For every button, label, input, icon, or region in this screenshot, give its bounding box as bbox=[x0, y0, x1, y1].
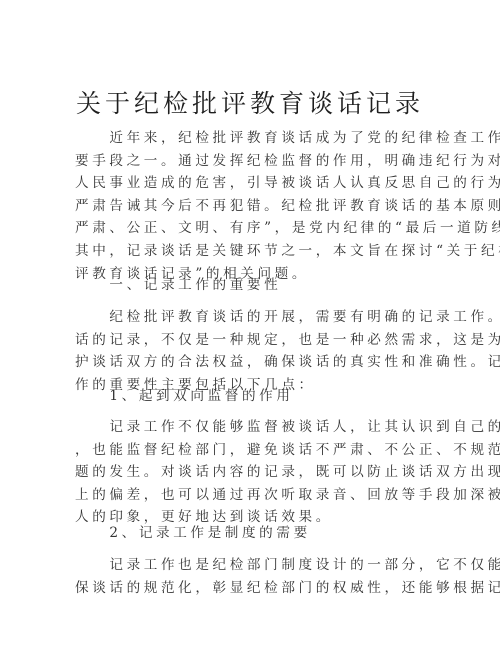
text-line: 题的发生。对谈话内容的记录，既可以防止谈话双方出现理解 bbox=[75, 461, 429, 484]
text-line: 记录工作也是纪检部门制度设计的一部分，它不仅能够确 bbox=[75, 554, 429, 577]
text-line: 一、记录工作的重要性 bbox=[75, 274, 429, 297]
paragraph: 记录工作也是纪检部门制度设计的一部分，它不仅能够确保谈话的规范化，彰显纪检部门的… bbox=[75, 554, 429, 599]
text-line: 话的记录，不仅是一种规定，也是一种必然需求，这是为了维 bbox=[75, 329, 429, 352]
text-line: 近年来，纪检批评教育谈话成为了党的纪律检查工作的重 bbox=[75, 127, 429, 150]
text-line: 保谈话的规范化，彰显纪检部门的权威性，还能够根据记录制 bbox=[75, 577, 429, 600]
section-heading: 1、起到双向监督的作用 bbox=[75, 385, 429, 408]
text-line: 上的偏差，也可以通过再次听取录音、回放等手段加深被谈话 bbox=[75, 484, 429, 507]
text-line: 要手段之一。通过发挥纪检监督的作用，明确违纪行为对党和 bbox=[75, 150, 429, 173]
text-line: 记录工作不仅能够监督被谈话人，让其认识到自己的问题 bbox=[75, 416, 429, 439]
text-line: ，也能监督纪检部门，避免谈话不严肃、不公正、不规范等问 bbox=[75, 439, 429, 462]
section-heading: 一、记录工作的重要性 bbox=[75, 274, 429, 297]
text-line: 严肃告诫其今后不再犯错。纪检批评教育谈话的基本原则是“ bbox=[75, 195, 429, 218]
text-line: 2、记录工作是制度的需要 bbox=[75, 522, 429, 545]
paragraph: 记录工作不仅能够监督被谈话人，让其认识到自己的问题，也能监督纪检部门，避免谈话不… bbox=[75, 416, 429, 529]
text-line: 1、起到双向监督的作用 bbox=[75, 385, 429, 408]
document-title: 关于纪检批评教育谈话记录 bbox=[0, 84, 500, 120]
text-line: 人民事业造成的危害，引导被谈话人认真反思自己的行为，并 bbox=[75, 172, 429, 195]
text-line: 严肃、公正、文明、有序”，是党内纪律的“最后一道防线”。 bbox=[75, 217, 429, 240]
paragraph: 近年来，纪检批评教育谈话成为了党的纪律检查工作的重要手段之一。通过发挥纪检监督的… bbox=[75, 127, 429, 285]
text-line: 护谈话双方的合法权益，确保谈话的真实性和准确性。记录工 bbox=[75, 351, 429, 374]
text-line: 纪检批评教育谈话的开展，需要有明确的记录工作。对谈 bbox=[75, 306, 429, 329]
section-heading: 2、记录工作是制度的需要 bbox=[75, 522, 429, 545]
text-line: 其中，记录谈话是关键环节之一，本文旨在探讨“关于纪检批 bbox=[75, 240, 429, 263]
document-page: 关于纪检批评教育谈话记录 近年来，纪检批评教育谈话成为了党的纪律检查工作的重要手… bbox=[0, 0, 500, 647]
paragraph: 纪检批评教育谈话的开展，需要有明确的记录工作。对谈话的记录，不仅是一种规定，也是… bbox=[75, 306, 429, 396]
